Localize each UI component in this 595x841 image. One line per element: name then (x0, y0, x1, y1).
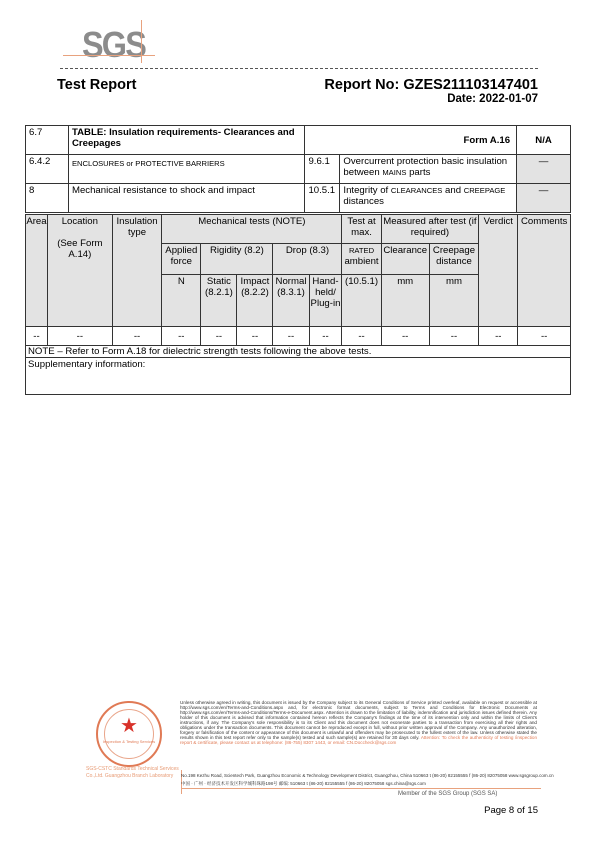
cell-normal: -- (273, 327, 309, 346)
cell-impact: -- (237, 327, 273, 346)
supplementary-row: Supplementary information: (26, 358, 571, 395)
table-row: 6.4.2 ENCLOSURES or PROTECTIVE BARRIERS … (26, 155, 571, 184)
unit-impact: Impact (8.2.2) (237, 275, 273, 327)
location-header: Location (See Form A.14) (47, 215, 112, 327)
table-title-row: 6.7 TABLE: Insulation requirements- Clea… (26, 126, 571, 155)
creepage-header: Creepage distance (429, 244, 478, 275)
verdict-header: Verdict (479, 215, 518, 327)
table-row: -- -- -- -- -- -- -- -- -- -- -- -- -- (26, 327, 571, 346)
location-label: Location (49, 216, 111, 227)
unit-test-ref: (10.5.1) (342, 275, 381, 327)
logo-crosshair-vertical (141, 20, 142, 63)
comments-header: Comments (518, 215, 571, 327)
note-text: NOTE – Refer to Form A.18 for dielectric… (26, 346, 571, 358)
note-row: NOTE – Refer to Form A.18 for dielectric… (26, 346, 571, 358)
company-seal: ★ Inspection & Testing Services (96, 701, 162, 767)
header-row-1: Area Location (See Form A.14) Insulation… (26, 215, 571, 244)
cell-area: -- (26, 327, 48, 346)
supplementary-info: Supplementary information: (26, 358, 571, 395)
logo-text: SGS (82, 24, 145, 66)
mechanical-tests-table: Area Location (See Form A.14) Insulation… (25, 214, 571, 395)
header-divider (60, 68, 538, 69)
disclaimer-text: Unless otherwise agreed in writing, this… (180, 700, 537, 740)
address-chinese: 中国 · 广州 · 经济技术开发区科学城科珠路198号 邮编: 510663 t… (181, 780, 541, 788)
address-english: No.198 Kezhu Road, Scientech Park, Guang… (181, 772, 541, 780)
unit-clearance: mm (381, 275, 429, 327)
drop-header: Drop (8.3) (273, 244, 342, 275)
seal-label: Inspection & Testing Services (98, 739, 160, 744)
text-smallcaps: MAINS (382, 168, 406, 177)
text-smallcaps: CREEPAGE (464, 186, 506, 195)
applied-force-header: Applied force (162, 244, 201, 275)
clause-summary-table: 6.7 TABLE: Insulation requirements- Clea… (25, 125, 571, 213)
clause-number: 6.7 (26, 126, 69, 155)
unit-handheld: Hand-held/ Plug-in (309, 275, 342, 327)
address-rule (181, 788, 541, 789)
unit-normal: Normal (8.3.1) (273, 275, 309, 327)
cell-verdict: -- (479, 327, 518, 346)
ambient-label: ambient (344, 256, 378, 267)
form-number: Form A.16 (305, 126, 517, 155)
cell-location: -- (47, 327, 112, 346)
text-part: and (442, 185, 463, 196)
text-smallcaps: CLEARANCES (391, 186, 442, 195)
cell-clearance: -- (381, 327, 429, 346)
company-address: No.198 Kezhu Road, Scientech Park, Guang… (181, 772, 541, 788)
table-title: TABLE: Insulation requirements- Clearanc… (68, 126, 304, 155)
report-date: Date: 2022-01-07 (447, 93, 538, 105)
cell-insulation-type: -- (112, 327, 161, 346)
mechanical-tests-header: Mechanical tests (NOTE) (162, 215, 342, 244)
status-mark: — (517, 184, 571, 213)
measured-after-header: Measured after test (if required) (381, 215, 479, 244)
table-row: 8 Mechanical resistance to shock and imp… (26, 184, 571, 213)
cell-applied-force: -- (162, 327, 201, 346)
company-name: SGS-CSTC Standards Technical Services Co… (86, 766, 186, 780)
rated-label: RATED (349, 246, 374, 255)
unit-creepage: mm (429, 275, 478, 327)
clause-b-text: Integrity of CLEARANCES and CREEPAGE dis… (340, 184, 517, 213)
clause-a-text: Mechanical resistance to shock and impac… (68, 184, 304, 213)
location-sub-label: (See Form A.14) (49, 238, 111, 260)
star-icon: ★ (98, 716, 160, 736)
insulation-type-header: Insulation type (112, 215, 161, 327)
text-part: distances (343, 196, 384, 207)
cell-handheld: -- (309, 327, 342, 346)
clause-b-text: Overcurrent protection basic insulation … (340, 155, 517, 184)
report-number: Report No: GZES211103147401 (324, 77, 538, 93)
cell-comments: -- (518, 327, 571, 346)
clause-b: 10.5.1 (305, 184, 340, 213)
member-statement: Member of the SGS Group (SGS SA) (398, 791, 497, 797)
page-number: Page 8 of 15 (484, 805, 538, 816)
clearance-header: Clearance (381, 244, 429, 275)
test-at-max-header: Test at max. (342, 215, 381, 244)
cell-static: -- (201, 327, 237, 346)
area-header: Area (26, 215, 48, 327)
text-part: parts (406, 167, 430, 178)
clause-a: 6.4.2 (26, 155, 69, 184)
clause-b: 9.6.1 (305, 155, 340, 184)
verdict-na: N/A (517, 126, 571, 155)
clause-a-text: ENCLOSURES or PROTECTIVE BARRIERS (68, 155, 304, 184)
report-title: Test Report (57, 77, 137, 93)
sgs-logo: SGS (63, 18, 159, 64)
legal-disclaimer: Unless otherwise agreed in writing, this… (180, 700, 537, 745)
rated-ambient-header: RATED ambient (342, 244, 381, 275)
cell-test-ref: -- (342, 327, 381, 346)
cell-creepage: -- (429, 327, 478, 346)
clause-a: 8 (26, 184, 69, 213)
status-mark: — (517, 155, 571, 184)
rigidity-header: Rigidity (8.2) (201, 244, 273, 275)
text-part: Integrity of (343, 185, 390, 196)
unit-static: Static (8.2.1) (201, 275, 237, 327)
unit-applied-force: N (162, 275, 201, 327)
